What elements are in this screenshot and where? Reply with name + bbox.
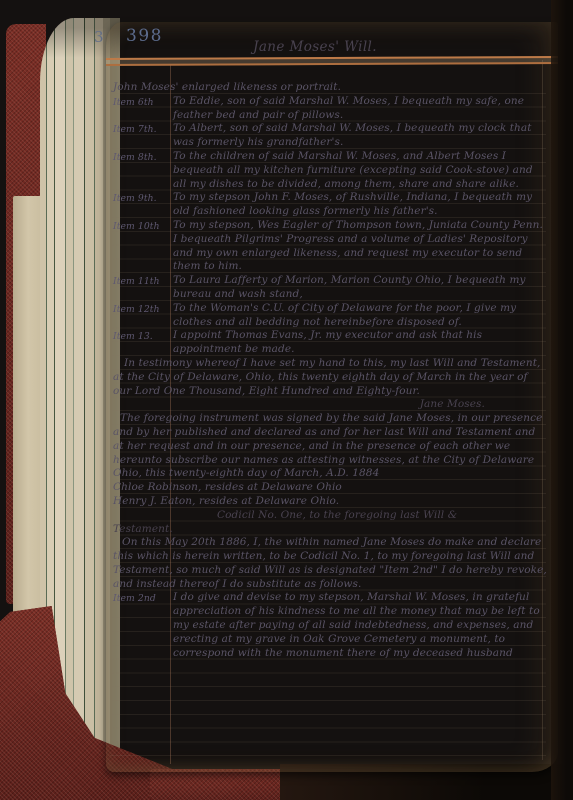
- item-text: To Laura Lafferty of Marion, Marion Coun…: [173, 274, 549, 302]
- attestation-clause: The foregoing instrument was signed by t…: [113, 412, 549, 481]
- book-gutter-shadow: [551, 0, 573, 800]
- handwritten-text: John Moses' enlarged likeness or portrai…: [113, 81, 549, 660]
- item-text: To my stepson, Wes Eagler of Thompson to…: [173, 219, 549, 274]
- codicil-opening: On this May 20th 1886, I, the within nam…: [113, 536, 549, 591]
- item-label: Item 6th: [113, 95, 173, 123]
- item-text: To Albert, son of said Marshal W. Moses,…: [173, 122, 549, 150]
- item-label: Item 11th: [113, 274, 173, 302]
- will-item-8: Item 8th. To the children of said Marsha…: [113, 150, 549, 191]
- will-item-12: Item 12th To the Woman's C.U. of City of…: [113, 302, 549, 330]
- item-label: Item 13.: [113, 329, 173, 357]
- will-item-13: Item 13. I appoint Thomas Evans, Jr. my …: [113, 329, 549, 357]
- codicil-heading: Codicil No. One, to the foregoing last W…: [113, 509, 549, 537]
- will-item-11: Item 11th To Laura Lafferty of Marion, M…: [113, 274, 549, 302]
- item-text: I do give and devise to my stepson, Mars…: [173, 591, 549, 660]
- item-text: To the Woman's C.U. of City of Delaware …: [173, 302, 549, 330]
- codicil-item-2: Item 2nd I do give and devise to my step…: [113, 591, 549, 660]
- item-text: I appoint Thomas Evans, Jr. my executor …: [173, 329, 549, 357]
- item-label: Item 9th.: [113, 191, 173, 219]
- item-text: To my stepson John F. Moses, of Rushvill…: [173, 191, 549, 219]
- item-label: Item 7th.: [113, 122, 173, 150]
- will-item-10: Item 10th To my stepson, Wes Eagler of T…: [113, 219, 549, 274]
- witness-signature-2: Henry J. Eaton, resides at Delaware Ohio…: [113, 495, 549, 509]
- item-label: Item 8th.: [113, 150, 173, 191]
- continuation-line: John Moses' enlarged likeness or portrai…: [113, 81, 549, 95]
- item-text: To the children of said Marshal W. Moses…: [173, 150, 549, 191]
- item-label: Item 2nd: [113, 591, 173, 660]
- will-item-7: Item 7th. To Albert, son of said Marshal…: [113, 122, 549, 150]
- testimonium-clause: In testimony whereof I have set my hand …: [113, 357, 549, 398]
- will-item-6: Item 6th To Eddie, son of said Marshal W…: [113, 95, 549, 123]
- codicil-heading-line1: Codicil No. One, to the foregoing last W…: [217, 509, 457, 521]
- witness-signature-1: Chloe Robinson, resides at Delaware Ohio: [113, 481, 549, 495]
- header-double-rule: [106, 56, 558, 66]
- page-title: Jane Moses' Will.: [106, 39, 558, 55]
- item-label: Item 12th: [113, 302, 173, 330]
- item-text: To Eddie, son of said Marshal W. Moses, …: [173, 95, 549, 123]
- book-scan-photo: { "page": { "number": "398", "edge_numbe…: [0, 0, 573, 800]
- will-item-9: Item 9th. To my stepson John F. Moses, o…: [113, 191, 549, 219]
- item-label: Item 10th: [113, 219, 173, 274]
- codicil-heading-line2: Testament.: [113, 523, 549, 537]
- testator-signature: Jane Moses.: [113, 398, 549, 412]
- ledger-page: 398 Jane Moses' Will. John Moses' enlarg…: [106, 22, 558, 772]
